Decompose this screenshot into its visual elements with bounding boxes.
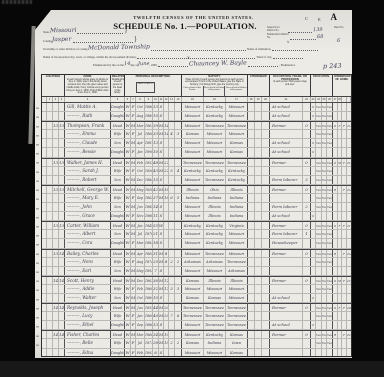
cell-c1: [248, 176, 255, 184]
cell-c3: [262, 312, 270, 320]
institution-label: Name of institution,: [247, 47, 271, 51]
adjacent-page-edge: [28, 26, 35, 144]
cell-fbp: Tennessee: [204, 250, 226, 257]
cell-fbp: Missouri: [204, 130, 226, 138]
cell-dobm: Mar: [136, 122, 145, 129]
cell-doby: 1890: [145, 148, 153, 156]
table-row: ———, EdnaDaughterWFFeb18928SMissouriMiss…: [42, 349, 351, 356]
cell-name: ———, Mary E.: [65, 194, 111, 202]
cell-doby: 1860: [145, 312, 153, 320]
cell-mo: [303, 239, 311, 247]
cell-c3: [262, 167, 270, 175]
township-field: Township or other division of county, Mc…: [43, 45, 319, 51]
cell-doby: 1892: [145, 349, 153, 356]
table-row: ———, BelleWifeWFJul187128M1022KansasIndi…: [42, 339, 351, 348]
cell-mbp: Virginia: [226, 222, 248, 229]
population-table: LOCATION. NAMEof each person whose place…: [41, 74, 352, 357]
cell-rel: Wife: [111, 194, 125, 202]
cell-doby: 1889: [145, 112, 153, 120]
cell-dobm: Oct: [136, 103, 145, 111]
cell-bp: Kentucky: [182, 167, 204, 175]
cell-rel: Wife: [111, 167, 125, 175]
cell-name: Scott, Henry: [65, 277, 111, 284]
cell-fbp: Illinois: [204, 203, 226, 211]
cell-mo: 0: [303, 277, 311, 284]
city-label: Name of incorporated city, town, or vill…: [43, 55, 136, 59]
cell-mo: [303, 285, 311, 293]
cell-occ: At school: [270, 148, 303, 156]
cell-fbp: Missouri: [204, 349, 226, 356]
cell-dobm: Feb: [136, 349, 145, 356]
cell-mbp: Kentucky: [226, 176, 248, 184]
cell-doby: 1863: [145, 277, 153, 284]
cell-c2: [255, 203, 262, 211]
cell-c3: [262, 250, 270, 257]
header-education: EDUCATION.: [311, 75, 333, 96]
county-field: County, Jasper }: [43, 35, 137, 43]
cell-chl: [175, 112, 182, 120]
cell-fbp: Tennessee: [204, 312, 226, 320]
table-row: ———, Sarah J.WifeWFOct185643M2254Kentuck…: [42, 167, 351, 176]
cell-mo: 0: [303, 304, 311, 311]
ward-underline: [273, 53, 303, 59]
cell-rel: Son: [111, 176, 125, 184]
header-occupation: OCCUPATION, TRADE, OR PROFESSIONof each …: [270, 75, 311, 96]
column-number: 9: [145, 97, 153, 102]
cell-dobm: May: [136, 267, 145, 275]
cell-c2: [255, 277, 262, 284]
scan-corner-code: [2, 0, 32, 4]
cell-dobm: Jul: [136, 230, 145, 238]
cell-occ: At school: [270, 112, 303, 120]
sheet-value: 6: [337, 38, 340, 44]
cell-c2: [255, 250, 262, 257]
cell-bp: Missouri: [182, 103, 204, 111]
location-title: LOCATION.: [43, 76, 63, 79]
cell-name: ———, Lucy: [65, 312, 111, 320]
cell-mo: [303, 349, 311, 356]
cell-occ: At school: [270, 294, 303, 302]
cell-dobm: Sep: [136, 321, 145, 329]
cell-chl: [175, 103, 182, 111]
cell-name: ———, Bessie: [65, 148, 111, 156]
cell-mbp: Missouri: [226, 230, 248, 238]
cell-mbp: Tennessee: [226, 258, 248, 266]
table-row: ———, RuthDaughterWFAug188910SMissouriKen…: [42, 112, 351, 121]
cell-occ: Housekeeper: [270, 239, 303, 247]
cell-chl: 3: [175, 130, 182, 138]
cell-name: ———, Sarah J.: [65, 167, 111, 175]
cell-occ: [270, 312, 303, 320]
cell-fbp: Tennessee: [204, 176, 226, 184]
table-header: LOCATION. NAMEof each person whose place…: [42, 75, 351, 97]
cell-c3: [262, 258, 270, 266]
cell-doby: 1871: [145, 339, 153, 347]
cell-mo: [303, 103, 311, 111]
cell-name: ———, Ruth: [65, 112, 111, 120]
cell-mo: 0: [303, 122, 311, 129]
cell-doby: 1886: [145, 321, 153, 329]
cell-doby: 1878: [145, 230, 153, 238]
column-number: 4: [65, 97, 111, 102]
city-underline: [137, 53, 255, 59]
cell-c2: [255, 148, 262, 156]
cell-name: ———, Earl: [65, 267, 111, 275]
column-number: 5: [111, 97, 125, 102]
cell-rel: Wife: [111, 285, 125, 293]
column-number: 17: [226, 97, 248, 102]
cell-chl: [175, 159, 182, 166]
cell-mo: [303, 258, 311, 266]
cell-occ: [270, 267, 303, 275]
cell-fbp: Ohio: [204, 186, 226, 193]
cell-fbp: Missouri: [204, 139, 226, 147]
column-number: 22: [303, 97, 311, 102]
cell-dobm: Jul: [136, 130, 145, 138]
cell-h4: [347, 267, 351, 275]
cell-name: ———, Albert: [65, 230, 111, 238]
table-body: Gill, Mattie A.DaughterWFOct188613SMisso…: [42, 103, 351, 356]
cell-doby: 1887: [145, 139, 153, 147]
cell-c2: [255, 186, 262, 193]
cell-c2: [255, 304, 262, 311]
cell-mbp: Tennessee: [226, 122, 248, 129]
table-row: 136137Walker, James H.HeadWMFeb185248M22…: [42, 158, 351, 167]
cell-h4: 221: [347, 331, 351, 338]
cell-h4: 216: [347, 186, 351, 193]
cell-occ: [270, 285, 303, 293]
supervisor-district-value: 139: [313, 27, 323, 33]
cell-rel: Head: [111, 222, 125, 229]
cell-doby: 1874: [145, 258, 153, 266]
cell-mo: 0: [303, 250, 311, 257]
cell-c2: [255, 139, 262, 147]
cell-chl: [175, 203, 182, 211]
cell-c2: [255, 130, 262, 138]
cell-rel: Daughter: [111, 212, 125, 220]
state-label: State,: [43, 30, 50, 34]
citizenship-title: CITIZENSHIP.: [249, 76, 268, 79]
cell-chl: 2: [175, 339, 182, 347]
cell-dobm: Jan: [136, 222, 145, 229]
cell-bp: Missouri: [182, 331, 204, 338]
cell-mbp: Missouri: [226, 239, 248, 247]
cell-mbp: Missouri: [226, 250, 248, 257]
cell-doby: 1862: [145, 194, 153, 202]
cell-fbp: Tennessee: [204, 321, 226, 329]
column-number: 15: [182, 97, 204, 102]
table-row: 137138Mitchell, George W.HeadWMMay185842…: [42, 185, 351, 194]
header-name: NAMEof each person whose place of abode …: [65, 75, 111, 96]
cell-mbp: Kansas: [226, 148, 248, 156]
cell-name: ———, Edna: [65, 349, 111, 356]
cell-h4: [347, 167, 351, 175]
personal-title: PERSONAL DESCRIPTION.: [126, 76, 180, 79]
header-nativity: NATIVITY.Place of birth of each person a…: [182, 75, 248, 96]
scan-background: TWELFTH CENSUS OF THE UNITED STATES. C E…: [0, 0, 384, 377]
cell-rel: Son: [111, 294, 125, 302]
cell-bp: Missouri: [182, 176, 204, 184]
state-value: Missouri: [50, 28, 77, 35]
cell-c1: [248, 277, 255, 284]
cell-occ: [270, 258, 303, 266]
cell-bp: Kansas: [182, 277, 204, 284]
cell-bp: Kansas: [182, 294, 204, 302]
cell-c3: [262, 321, 270, 329]
cell-occ: At school: [270, 139, 303, 147]
cell-bp: Kansas: [182, 130, 204, 138]
cell-c2: [255, 331, 262, 338]
scan-bottom-band: [0, 361, 384, 377]
cell-doby: 1889: [145, 294, 153, 302]
cell-c2: [255, 230, 262, 238]
table-row: ———, GraceDaughterWFNov188811SMissouriIl…: [42, 212, 351, 221]
cell-chl: [175, 186, 182, 193]
nativity-person-label: Place of birth of this Person.: [182, 86, 204, 96]
table-row: 141142Reynolds, JosephHeadWMJun185544M20…: [42, 303, 351, 312]
cell-rel: Wife: [111, 130, 125, 138]
cell-dobm: Nov: [136, 212, 145, 220]
cell-c3: [262, 122, 270, 129]
cell-h4: [347, 294, 351, 302]
cell-rel: Head: [111, 186, 125, 193]
state-field: State, Missouri }: [43, 26, 128, 34]
cell-rel: Head: [111, 304, 125, 311]
cell-dobm: Mar: [136, 331, 145, 338]
cell-mbp: Indiana: [226, 194, 248, 202]
cell-bp: Missouri: [182, 112, 204, 120]
table-row: ———, BessieDaughterWFJan189010SMissouriM…: [42, 148, 351, 157]
name-note: of each person whose place of abode on J…: [66, 79, 108, 95]
cell-h4: [347, 212, 351, 220]
cell-c3: [262, 148, 270, 156]
cell-fbp: Tennessee: [204, 304, 226, 311]
table-row: ———, RobertSonWMDec188415SMissouriTennes…: [42, 176, 351, 185]
enumerator-name: Chauncey W. Bayle: [189, 60, 247, 67]
column-number: 19: [255, 97, 262, 102]
cell-h4: 215: [347, 159, 351, 166]
table-row: 142143Fisher, CharlesHeadWMMar186634M10M…: [42, 330, 351, 339]
table-row: ———, LucyWifeWFJan186040M2076TennesseeTe…: [42, 312, 351, 321]
table-row: ———, EthelDaughterWFSep188613SMissouriTe…: [42, 321, 351, 330]
cell-c1: [248, 331, 255, 338]
cell-doby: 1886: [145, 103, 153, 111]
cell-chl: [175, 222, 182, 229]
cell-name: Gill, Mattie A.: [65, 103, 111, 111]
cell-chl: 6: [175, 312, 182, 320]
cell-h4: [347, 139, 351, 147]
state-brace: }: [124, 26, 127, 34]
cell-dobm: Oct: [136, 167, 145, 175]
table-row: ———, AddieWifeWFFeb186832M1233MissouriMi…: [42, 285, 351, 294]
table-row: ———, CoraDaughterWFMar188218SMissouriKen…: [42, 239, 351, 248]
cell-name: Reynolds, Joseph: [65, 304, 111, 311]
cell-doby: 1856: [145, 167, 153, 175]
cell-occ: [270, 194, 303, 202]
ward-label: Ward of city,: [256, 55, 271, 59]
cell-doby: 1868: [145, 285, 153, 293]
column-number: [347, 97, 351, 102]
cell-doby: 1893: [145, 267, 153, 275]
district-block: Supervisor's District No. 139 Enumeratio…: [267, 26, 323, 40]
cell-occ: Farmer: [270, 122, 303, 129]
cell-chl: [175, 267, 182, 275]
enumerator-field: Enumerated by me on the 14 day of June ,…: [93, 61, 295, 67]
cell-c3: [262, 212, 270, 220]
cell-bp: Tennessee: [182, 304, 204, 311]
cell-occ: Farmer: [270, 159, 303, 166]
cell-doby: 1866: [145, 130, 153, 138]
cell-mo: 1: [303, 230, 311, 238]
cell-occ: Farmer: [270, 250, 303, 257]
cell-c2: [255, 321, 262, 329]
cell-fbp: Missouri: [204, 267, 226, 275]
cell-rel: Son: [111, 230, 125, 238]
cell-bp: Arkansas: [182, 258, 204, 266]
enumerator-label: , Enumerator.: [279, 63, 295, 67]
cell-h4: [347, 194, 351, 202]
cell-mbp: Missouri: [226, 130, 248, 138]
table-row: Gill, Mattie A.DaughterWFOct188613SMisso…: [42, 103, 351, 112]
cell-c1: [248, 103, 255, 111]
cell-mbp: Illinois: [226, 186, 248, 193]
enum-underline-1: [158, 61, 188, 67]
cell-bp: Missouri: [182, 285, 204, 293]
cell-mbp: Kansas: [226, 349, 248, 356]
cell-h4: [347, 339, 351, 347]
cell-chl: [175, 239, 182, 247]
cell-fbp: Indiana: [204, 339, 226, 347]
cell-mo: 0: [303, 159, 311, 166]
cell-chl: 5: [175, 194, 182, 202]
cell-c2: [255, 267, 262, 275]
cell-fbp: Indiana: [204, 194, 226, 202]
cell-c1: [248, 139, 255, 147]
cell-c1: [248, 122, 255, 129]
cell-c1: [248, 339, 255, 347]
cell-bp: Missouri: [182, 148, 204, 156]
cell-c1: [248, 294, 255, 302]
cell-occ: Farmer: [270, 222, 303, 229]
table-row: ———, EarlSonWMMay18937SMissouriMissouriA…: [42, 267, 351, 276]
cell-name: ———, Grace: [65, 212, 111, 220]
cell-rel: Son: [111, 203, 125, 211]
cell-c2: [255, 103, 262, 111]
cell-c3: [262, 203, 270, 211]
cell-c1: [248, 203, 255, 211]
cell-dobm: Dec: [136, 176, 145, 184]
cell-mo: [303, 130, 311, 138]
city-field: Name of incorporated city, town, or vill…: [43, 53, 304, 59]
cell-c3: [262, 339, 270, 347]
cell-c3: [262, 159, 270, 166]
cell-mo: [303, 194, 311, 202]
cell-chl: [175, 139, 182, 147]
cell-fbp: Tennessee: [204, 159, 226, 166]
cell-h4: 220: [347, 304, 351, 311]
cell-occ: [270, 349, 303, 356]
nativity-father-label: Place of birth of Father of this person.: [204, 86, 226, 96]
cell-c2: [255, 349, 262, 356]
cell-mo: [303, 139, 311, 147]
cell-bp: Indiana: [182, 194, 204, 202]
cell-dobm: Jul: [136, 339, 145, 347]
cell-c2: [255, 159, 262, 166]
cell-c3: [262, 139, 270, 147]
margin-tick-marks: [36, 100, 39, 353]
cell-c2: [255, 285, 262, 293]
cell-doby: 1888: [145, 212, 153, 220]
cell-name: ———, Claude: [65, 139, 111, 147]
cell-h4: 217: [347, 222, 351, 229]
cell-fbp: Kentucky: [204, 103, 226, 111]
table-row: ———, EmmaWifeWFJul186633M1443KansasMisso…: [42, 130, 351, 139]
township-label: Township or other division of county,: [43, 47, 88, 51]
cell-occ: Farm laborer: [270, 176, 303, 184]
cell-name: ———, Cora: [65, 239, 111, 247]
cell-h4: [347, 112, 351, 120]
cell-mbp: Tennessee: [226, 159, 248, 166]
cell-h4: [347, 148, 351, 156]
cell-dobm: Jun: [136, 304, 145, 311]
cell-occ: At school: [270, 212, 303, 220]
cell-dobm: Jan: [136, 312, 145, 320]
cell-mbp: Tennessee: [226, 321, 248, 329]
cell-c3: [262, 222, 270, 229]
cell-bp: Kansas: [182, 339, 204, 347]
table-row: 135136Thompson, FrankHeadWMMar186139M14M…: [42, 121, 351, 130]
cell-mo: [303, 167, 311, 175]
cell-fbp: Kentucky: [204, 222, 226, 229]
cell-mbp: Missouri: [226, 294, 248, 302]
cell-chl: [175, 148, 182, 156]
cell-name: ———, Robert: [65, 176, 111, 184]
cell-mbp: Kansas: [226, 139, 248, 147]
table-row: ———, NoraWifeWFAug187425M822ArkansasArka…: [42, 258, 351, 267]
cell-mo: [303, 148, 311, 156]
cell-chl: 4: [175, 167, 182, 175]
table-row: ———, JohnSonWMJun188514SMissouriIllinois…: [42, 203, 351, 212]
cell-doby: 1861: [145, 122, 153, 129]
cell-dobm: Jan: [136, 148, 145, 156]
cell-name: ———, Ethel: [65, 321, 111, 329]
state-underline: [77, 28, 123, 34]
cell-fbp: Missouri: [204, 148, 226, 156]
header-personal: PERSONAL DESCRIPTION. DATE OF BIRTH.: [125, 75, 182, 96]
cell-fbp: Kentucky: [204, 112, 226, 120]
cell-chl: [175, 294, 182, 302]
cell-occ: At school: [270, 321, 303, 329]
cell-c2: [255, 176, 262, 184]
cell-fbp: Missouri: [204, 285, 226, 293]
cell-name: Thompson, Frank: [65, 122, 111, 129]
cell-mo: [303, 212, 311, 220]
cell-occ: [270, 339, 303, 347]
cell-c3: [262, 186, 270, 193]
cell-c3: [262, 112, 270, 120]
cell-mo: 3: [303, 176, 311, 184]
cell-mo: [303, 267, 311, 275]
cell-mbp: Missouri: [226, 285, 248, 293]
cell-h4: [347, 312, 351, 320]
cell-c1: [248, 312, 255, 320]
cell-chl: [175, 230, 182, 238]
relation-note: Relationship of each person to the head …: [112, 79, 125, 95]
cell-name: Mitchell, George W.: [65, 186, 111, 193]
nativity-note: Place of birth of each person and parent…: [185, 79, 244, 86]
enum-underline-2: [248, 61, 278, 67]
cell-c2: [255, 312, 262, 320]
